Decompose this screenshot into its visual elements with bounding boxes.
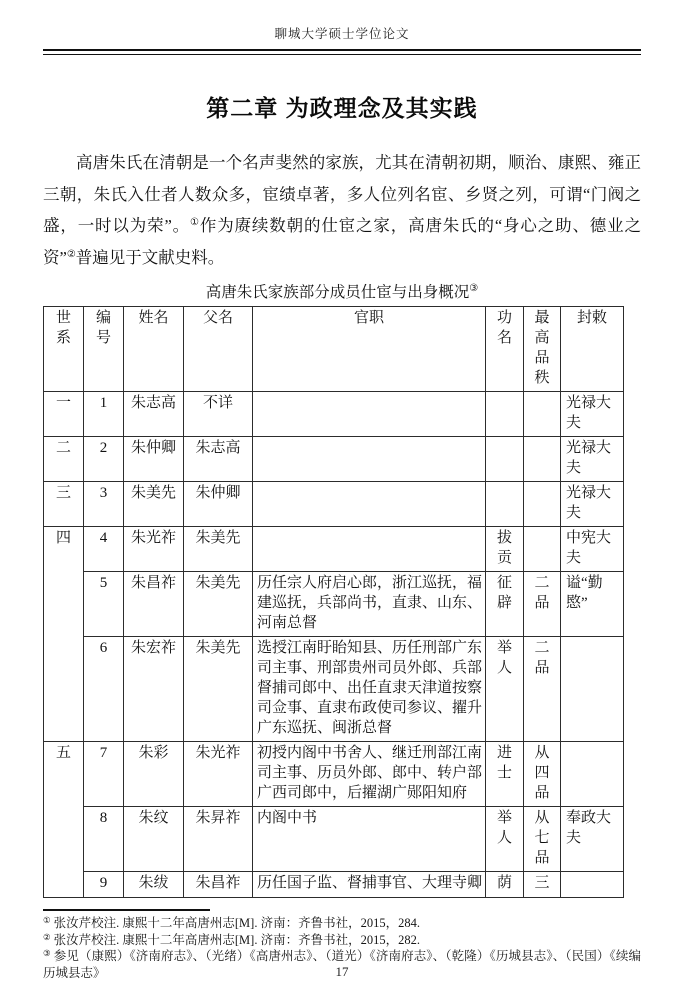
table-row: 9 朱绂 朱昌祚 历任国子监、督捕事官、大理寺卿 荫 三	[44, 872, 624, 898]
genealogy-table: 世系 编号 姓名 父名 官职 功名 最高品秩 封敕 一 1 朱志高 不详 光禄大…	[43, 306, 624, 898]
cell-generation: 二	[44, 437, 84, 482]
table-row: 5 朱昌祚 朱美先 历任宗人府启心郎，浙江巡抚，福建巡抚，兵部尚书，直隶、山东、…	[44, 572, 624, 637]
cell-offices	[253, 482, 486, 527]
cell-degree	[486, 392, 524, 437]
cell-honor: 光禄大夫	[561, 482, 624, 527]
cell-name: 朱宏祚	[124, 637, 184, 742]
cell-degree: 进士	[486, 742, 524, 807]
chapter-title: 第二章 为政理念及其实践	[43, 93, 641, 123]
cell-rank	[524, 527, 561, 572]
cell-honor	[561, 742, 624, 807]
cell-number: 9	[84, 872, 124, 898]
footnote-marker-1: ①	[43, 915, 51, 925]
cell-name: 朱志高	[124, 392, 184, 437]
table-title: 高唐朱氏家族部分成员仕宦与出身概况	[206, 284, 470, 301]
cell-father: 朱美先	[184, 527, 253, 572]
footnote-ref-1: ①	[190, 217, 200, 228]
cell-rank	[524, 482, 561, 527]
cell-degree: 举人	[486, 807, 524, 872]
page-number: 17	[0, 964, 684, 980]
col-header-name: 姓名	[124, 307, 184, 392]
cell-number: 1	[84, 392, 124, 437]
cell-number: 2	[84, 437, 124, 482]
cell-honor	[561, 637, 624, 742]
cell-number: 6	[84, 637, 124, 742]
cell-honor: 光禄大夫	[561, 392, 624, 437]
cell-number: 5	[84, 572, 124, 637]
cell-name: 朱纹	[124, 807, 184, 872]
cell-honor: 光禄大夫	[561, 437, 624, 482]
table-row: 8 朱纹 朱昇祚 内阁中书 举人 从七品 奉政大夫	[44, 807, 624, 872]
col-header-father: 父名	[184, 307, 253, 392]
cell-father: 朱昌祚	[184, 872, 253, 898]
cell-generation: 一	[44, 392, 84, 437]
footnote-separator	[43, 909, 210, 911]
cell-honor: 奉政大夫	[561, 807, 624, 872]
cell-offices: 选授江南盱眙知县、历任刑部广东司主事、刑部贵州司员外郎、兵部督捕司郎中、出任直隶…	[253, 637, 486, 742]
cell-number: 3	[84, 482, 124, 527]
cell-honor: 谥“勤愍”	[561, 572, 624, 637]
table-caption: 高唐朱氏家族部分成员仕宦与出身概况③	[43, 282, 641, 303]
col-header-offices: 官职	[253, 307, 486, 392]
table-row: 6 朱宏祚 朱美先 选授江南盱眙知县、历任刑部广东司主事、刑部贵州司员外郎、兵部…	[44, 637, 624, 742]
table-header-row: 世系 编号 姓名 父名 官职 功名 最高品秩 封敕	[44, 307, 624, 392]
footnote-text-2: 张汝芹校注. 康熙十二年高唐州志[M]. 济南：齐鲁书社，2015，282.	[54, 933, 420, 947]
cell-honor: 中宪大夫	[561, 527, 624, 572]
col-header-degree: 功名	[486, 307, 524, 392]
cell-degree: 拔贡	[486, 527, 524, 572]
cell-father: 朱光祚	[184, 742, 253, 807]
cell-father: 不详	[184, 392, 253, 437]
cell-name: 朱彩	[124, 742, 184, 807]
cell-rank: 从七品	[524, 807, 561, 872]
footnote-marker-3: ③	[43, 948, 51, 958]
cell-number: 8	[84, 807, 124, 872]
cell-offices	[253, 527, 486, 572]
cell-generation: 四	[44, 527, 84, 742]
col-header-honor: 封敕	[561, 307, 624, 392]
footnote-ref-2: ②	[67, 249, 76, 260]
cell-name: 朱光祚	[124, 527, 184, 572]
document-page: 聊城大学硕士学位论文 第二章 为政理念及其实践 高唐朱氏在清朝是一个名声斐然的家…	[0, 0, 684, 989]
cell-number: 4	[84, 527, 124, 572]
cell-number: 7	[84, 742, 124, 807]
cell-rank	[524, 437, 561, 482]
table-row: 一 1 朱志高 不详 光禄大夫	[44, 392, 624, 437]
cell-name: 朱昌祚	[124, 572, 184, 637]
footnote-2: ②张汝芹校注. 康熙十二年高唐州志[M]. 济南：齐鲁书社，2015，282.	[43, 932, 641, 949]
cell-offices: 历任宗人府启心郎，浙江巡抚，福建巡抚，兵部尚书，直隶、山东、河南总督	[253, 572, 486, 637]
footnote-text-1: 张汝芹校注. 康熙十二年高唐州志[M]. 济南：齐鲁书社，2015，284.	[54, 916, 420, 930]
cell-degree	[486, 437, 524, 482]
table-row: 五 7 朱彩 朱光祚 初授内阁中书舍人、继迁刑部江南司主事、历员外郎、郎中、转户…	[44, 742, 624, 807]
cell-name: 朱仲卿	[124, 437, 184, 482]
cell-degree: 举人	[486, 637, 524, 742]
col-header-generation: 世系	[44, 307, 84, 392]
footnote-1: ①张汝芹校注. 康熙十二年高唐州志[M]. 济南：齐鲁书社，2015，284.	[43, 915, 641, 932]
footnote-marker-2: ②	[43, 932, 51, 942]
cell-father: 朱美先	[184, 637, 253, 742]
col-header-rank: 最高品秩	[524, 307, 561, 392]
cell-father: 朱昇祚	[184, 807, 253, 872]
intro-paragraph: 高唐朱氏在清朝是一个名声斐然的家族，尤其在清朝初期，顺治、康熙、雍正三朝，朱氏入…	[43, 147, 641, 273]
cell-offices: 历任国子监、督捕事官、大理寺卿	[253, 872, 486, 898]
header-rule	[43, 49, 641, 55]
cell-name: 朱绂	[124, 872, 184, 898]
footnote-ref-3: ③	[469, 283, 478, 294]
cell-degree: 荫	[486, 872, 524, 898]
cell-father: 朱仲卿	[184, 482, 253, 527]
cell-offices	[253, 392, 486, 437]
cell-offices	[253, 437, 486, 482]
cell-name: 朱美先	[124, 482, 184, 527]
table-row: 四 4 朱光祚 朱美先 拔贡 中宪大夫	[44, 527, 624, 572]
cell-degree: 征辟	[486, 572, 524, 637]
cell-rank: 从四品	[524, 742, 561, 807]
cell-degree	[486, 482, 524, 527]
cell-honor	[561, 872, 624, 898]
cell-generation: 五	[44, 742, 84, 898]
intro-text-3: 普遍见于文献史料。	[76, 248, 225, 267]
cell-offices: 内阁中书	[253, 807, 486, 872]
cell-rank: 二品	[524, 572, 561, 637]
cell-rank	[524, 392, 561, 437]
col-header-number: 编号	[84, 307, 124, 392]
cell-offices: 初授内阁中书舍人、继迁刑部江南司主事、历员外郎、郎中、转户部广西司郎中，后擢湖广…	[253, 742, 486, 807]
cell-father: 朱志高	[184, 437, 253, 482]
cell-father: 朱美先	[184, 572, 253, 637]
running-header: 聊城大学硕士学位论文	[43, 26, 641, 42]
table-row: 二 2 朱仲卿 朱志高 光禄大夫	[44, 437, 624, 482]
cell-rank: 二品	[524, 637, 561, 742]
cell-generation: 三	[44, 482, 84, 527]
table-row: 三 3 朱美先 朱仲卿 光禄大夫	[44, 482, 624, 527]
cell-rank: 三	[524, 872, 561, 898]
